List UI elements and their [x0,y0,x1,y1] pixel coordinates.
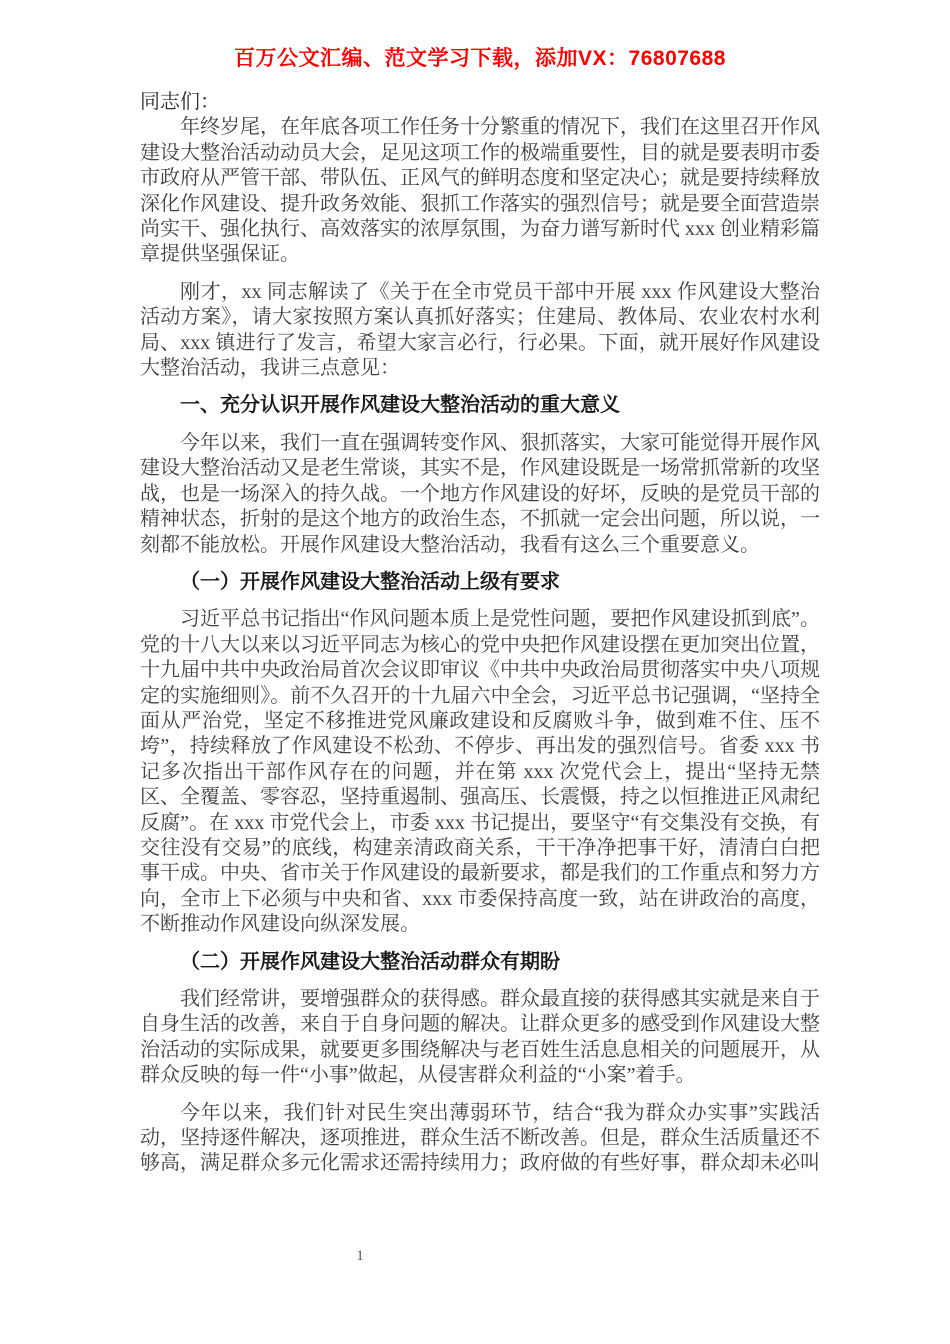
section-heading-1: 一、充分认识开展作风建设大整治活动的重大意义 [140,393,820,418]
subsection-heading-1-2: （二）开展作风建设大整治活动群众有期盼 [140,950,820,975]
salutation: 同志们： [140,90,820,115]
page-number: 1 [350,1246,370,1266]
document-page: 百万公文汇编、范文学习下载，添加VX：76807688 同志们： 年终岁尾，在年… [0,0,950,1344]
document-content: 百万公文汇编、范文学习下载，添加VX：76807688 同志们： 年终岁尾，在年… [140,46,820,1189]
paragraph-livelihood-efforts: 今年以来，我们针对民生突出薄弱环节，结合“我为群众办实事”实践活动，坚持逐件解决… [140,1101,820,1177]
paragraph-agenda: 刚才，xx 同志解读了《关于在全市党员干部中开展 xxx 作风建设大整治活动方案… [140,280,820,382]
paragraph-significance-intro: 今年以来，我们一直在强调转变作风、狠抓落实，大家可能觉得开展作风建设大整治活动又… [140,431,820,558]
paragraph-public-expectations: 我们经常讲，要增强群众的获得感。群众最直接的获得感其实就是来自于自身生活的改善，… [140,987,820,1089]
subsection-heading-1-1: （一）开展作风建设大整治活动上级有要求 [140,570,820,595]
paragraph-higher-level-requirements: 习近平总书记指出“作风问题本质上是党性问题，要把作风建设抓到底”。党的十八大以来… [140,607,820,937]
paragraph-opening: 年终岁尾，在年底各项工作任务十分繁重的情况下，我们在这里召开作风建设大整治活动动… [140,115,820,267]
header-ad-notice: 百万公文汇编、范文学习下载，添加VX：76807688 [140,46,820,72]
